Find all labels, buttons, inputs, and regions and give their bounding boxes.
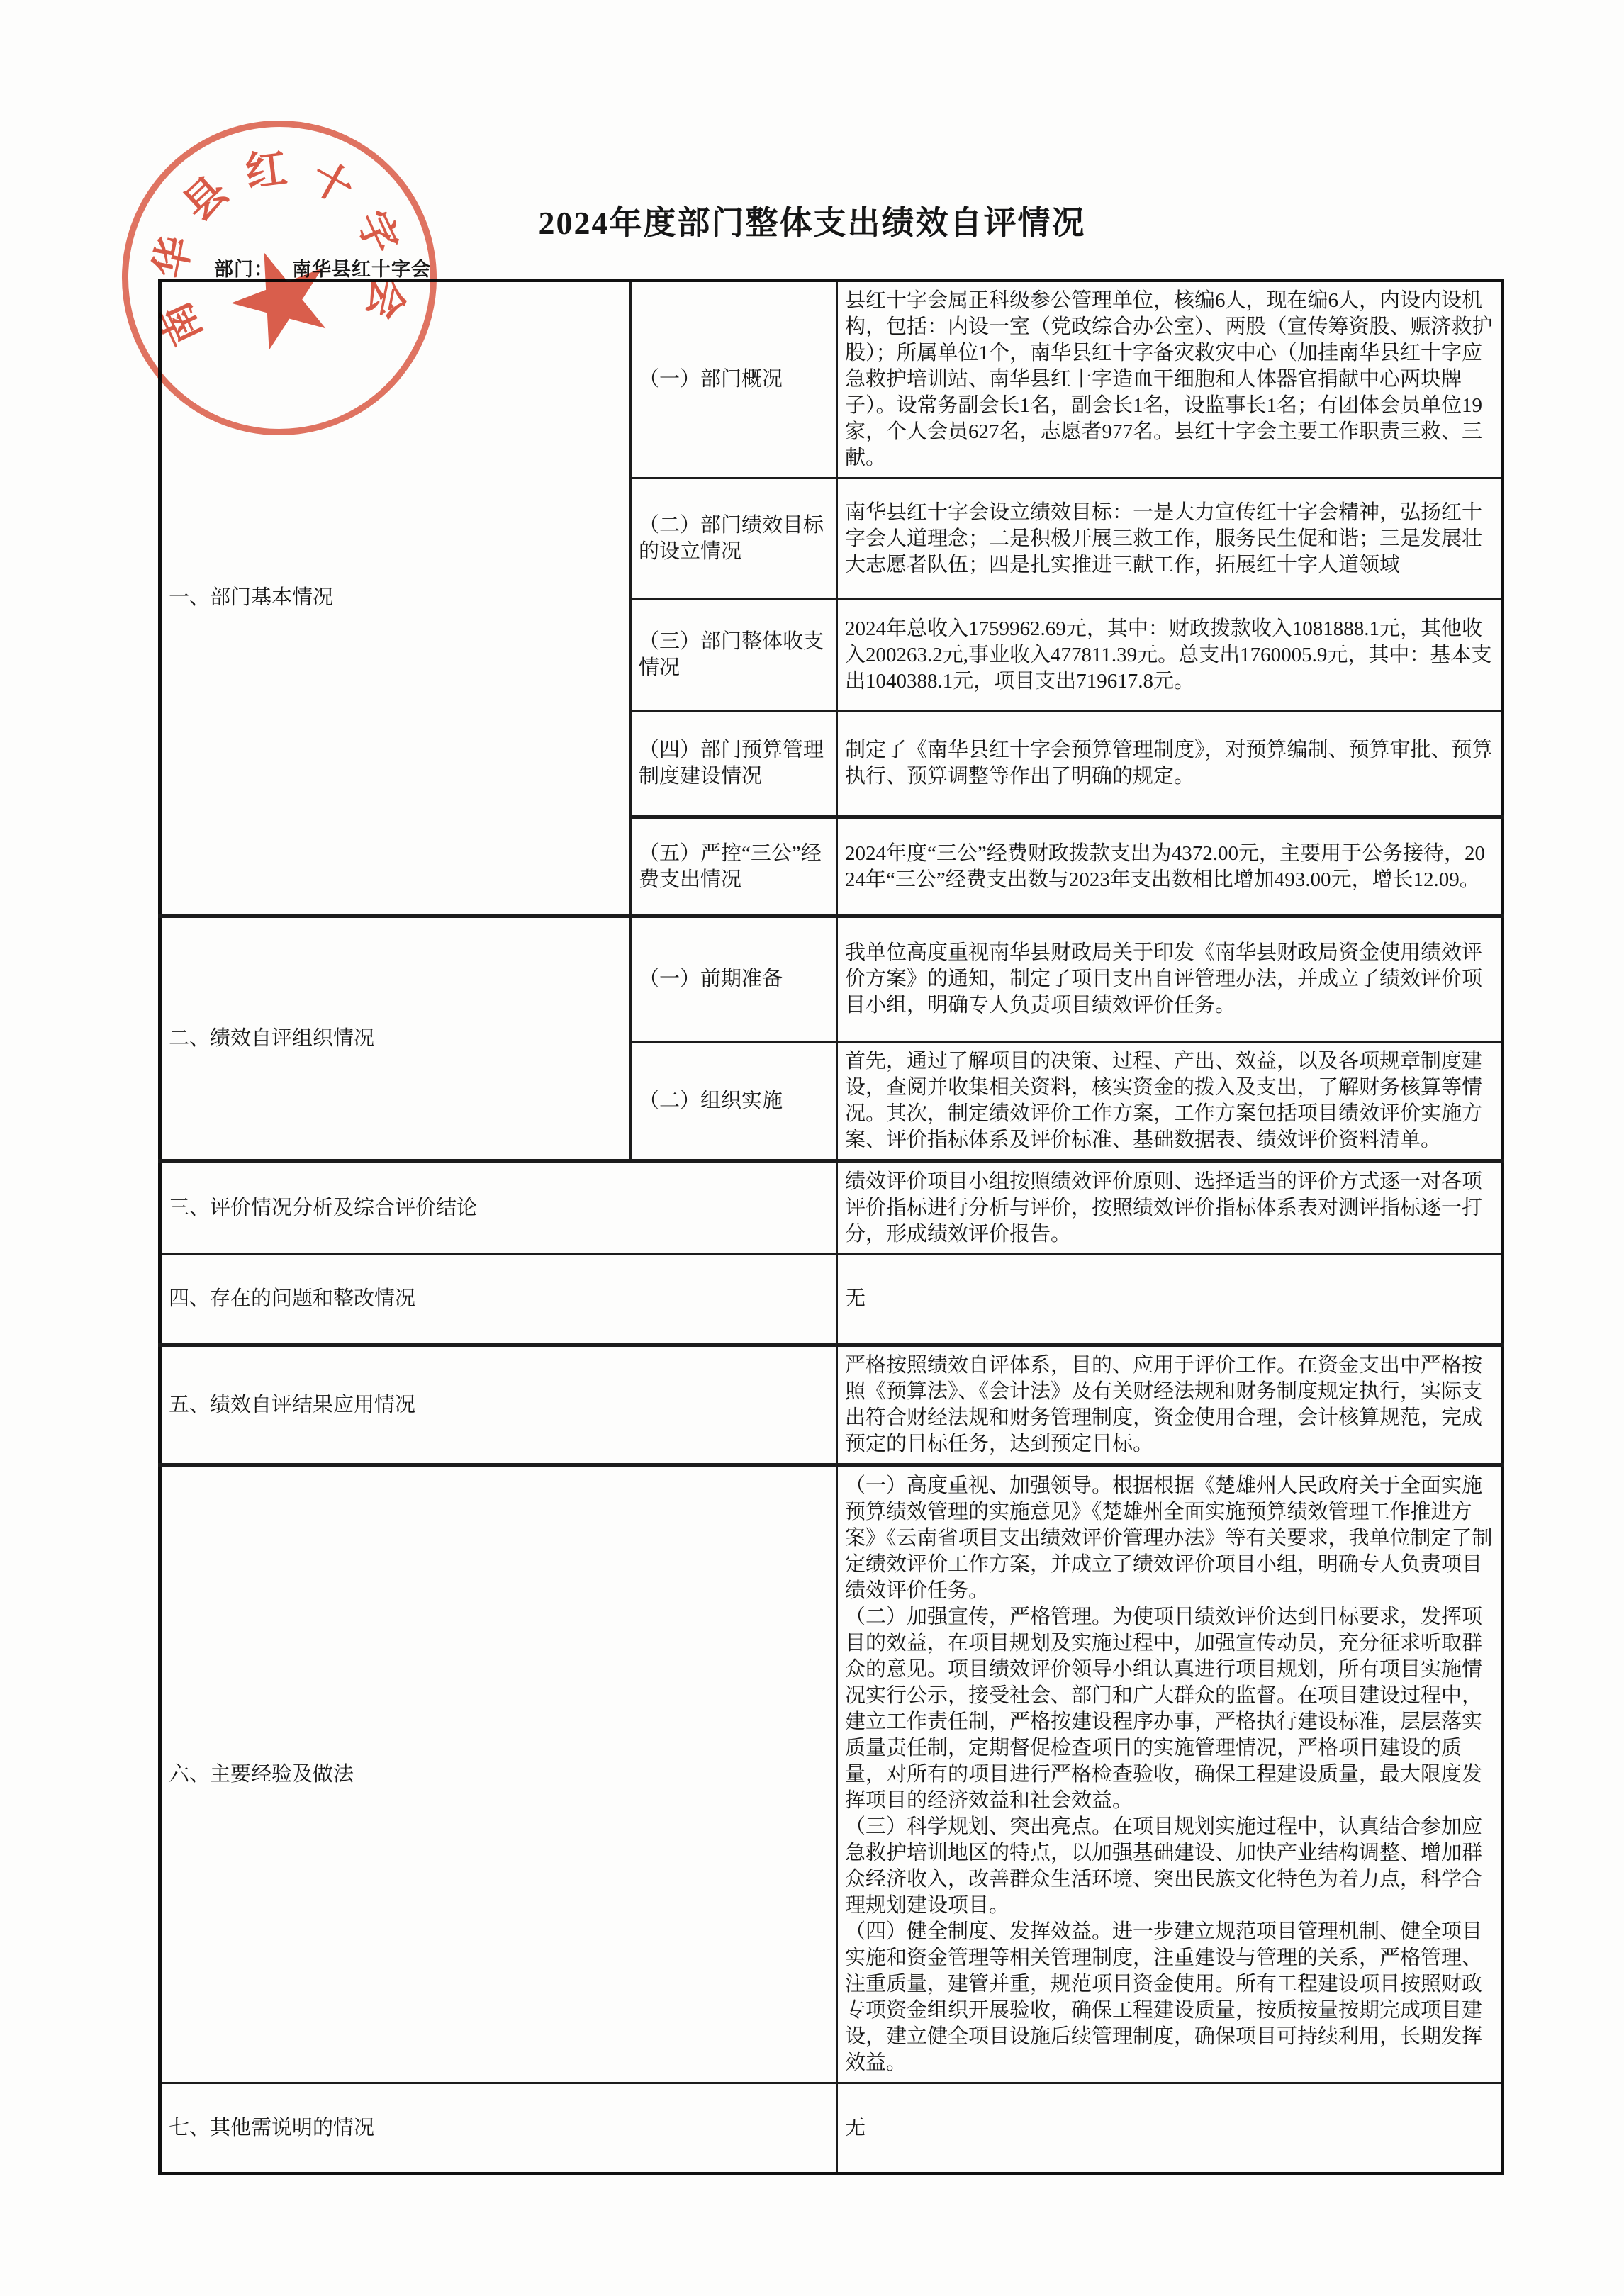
section-1-row-3-sublabel: （三）部门整体收支情况 — [631, 600, 837, 711]
department-label: 部门： — [214, 259, 274, 280]
section-1-row-2-content: 南华县红十字会设立绩效目标：一是大力宣传红十字会精神，弘扬红十字会人道理念；二是… — [837, 478, 1503, 600]
section-3-content: 绩效评价项目小组按照绩效评价原则、选择适当的评价方式逐一对各项评价指标进行分析与… — [837, 1161, 1503, 1255]
section-1-row-2-sublabel: （二）部门绩效目标的设立情况 — [631, 478, 837, 600]
section-2-row-1-sublabel: （一）前期准备 — [631, 916, 837, 1042]
section-6-label: 六、主要经验及做法 — [160, 1465, 837, 2083]
self-evaluation-table: 一、部门基本情况 （一）部门概况 县红十字会属正科级参公管理单位，核编6人，现在… — [158, 279, 1504, 2175]
section-1-row-5-sublabel: （五）严控“三公”经费支出情况 — [631, 817, 837, 916]
section-1-row-3-content: 2024年总收入1759962.69元，其中：财政拨款收入1081888.1元，… — [837, 600, 1503, 711]
section-1-row-5-content: 2024年度“三公”经费财政拨款支出为4372.00元，主要用于公务接待，202… — [837, 817, 1503, 916]
department-value: 南华县红十字会 — [292, 259, 431, 280]
section-7-content: 无 — [837, 2083, 1503, 2174]
section-6-content: （一）高度重视、加强领导。根据根据《楚雄州人民政府关于全面实施预算绩效管理的实施… — [837, 1465, 1503, 2083]
section-2-label: 二、绩效自评组织情况 — [160, 916, 631, 1161]
section-7-label: 七、其他需说明的情况 — [160, 2083, 837, 2174]
section-1-row-1-sublabel: （一）部门概况 — [631, 281, 837, 478]
section-4-content: 无 — [837, 1255, 1503, 1345]
section-5-label: 五、绩效自评结果应用情况 — [160, 1345, 837, 1465]
section-1-row-4-sublabel: （四）部门预算管理制度建设情况 — [631, 711, 837, 818]
section-1-row-1-content: 县红十字会属正科级参公管理单位，核编6人，现在编6人，内设内设机构，包括：内设一… — [837, 281, 1503, 478]
section-2-row-2-content: 首先，通过了解项目的决策、过程、产出、效益，以及各项规章制度建设，查阅并收集相关… — [837, 1042, 1503, 1162]
section-2-row-2-sublabel: （二）组织实施 — [631, 1042, 837, 1162]
document-page: 2024年度部门整体支出绩效自评情况 部门：南华县红十字会 一、部门基本情况 （… — [0, 0, 1624, 2296]
department-line: 部门：南华县红十字会 — [214, 254, 431, 281]
section-2-row-1-content: 我单位高度重视南华县财政局关于印发《南华县财政局资金使用绩效评价方案》的通知，制… — [837, 916, 1503, 1042]
page-title: 2024年度部门整体支出绩效自评情况 — [0, 197, 1624, 244]
section-1-row-4-content: 制定了《南华县红十字会预算管理制度》，对预算编制、预算审批、预算执行、预算调整等… — [837, 711, 1503, 818]
section-4-label: 四、存在的问题和整改情况 — [160, 1255, 837, 1345]
seal-char: 红 — [242, 135, 290, 198]
section-1-label: 一、部门基本情况 — [160, 281, 631, 917]
section-5-content: 严格按照绩效自评体系，目的、应用于评价工作。在资金支出中严格按照《预算法》、《会… — [837, 1345, 1503, 1465]
section-3-label: 三、评价情况分析及综合评价结论 — [160, 1161, 837, 1255]
